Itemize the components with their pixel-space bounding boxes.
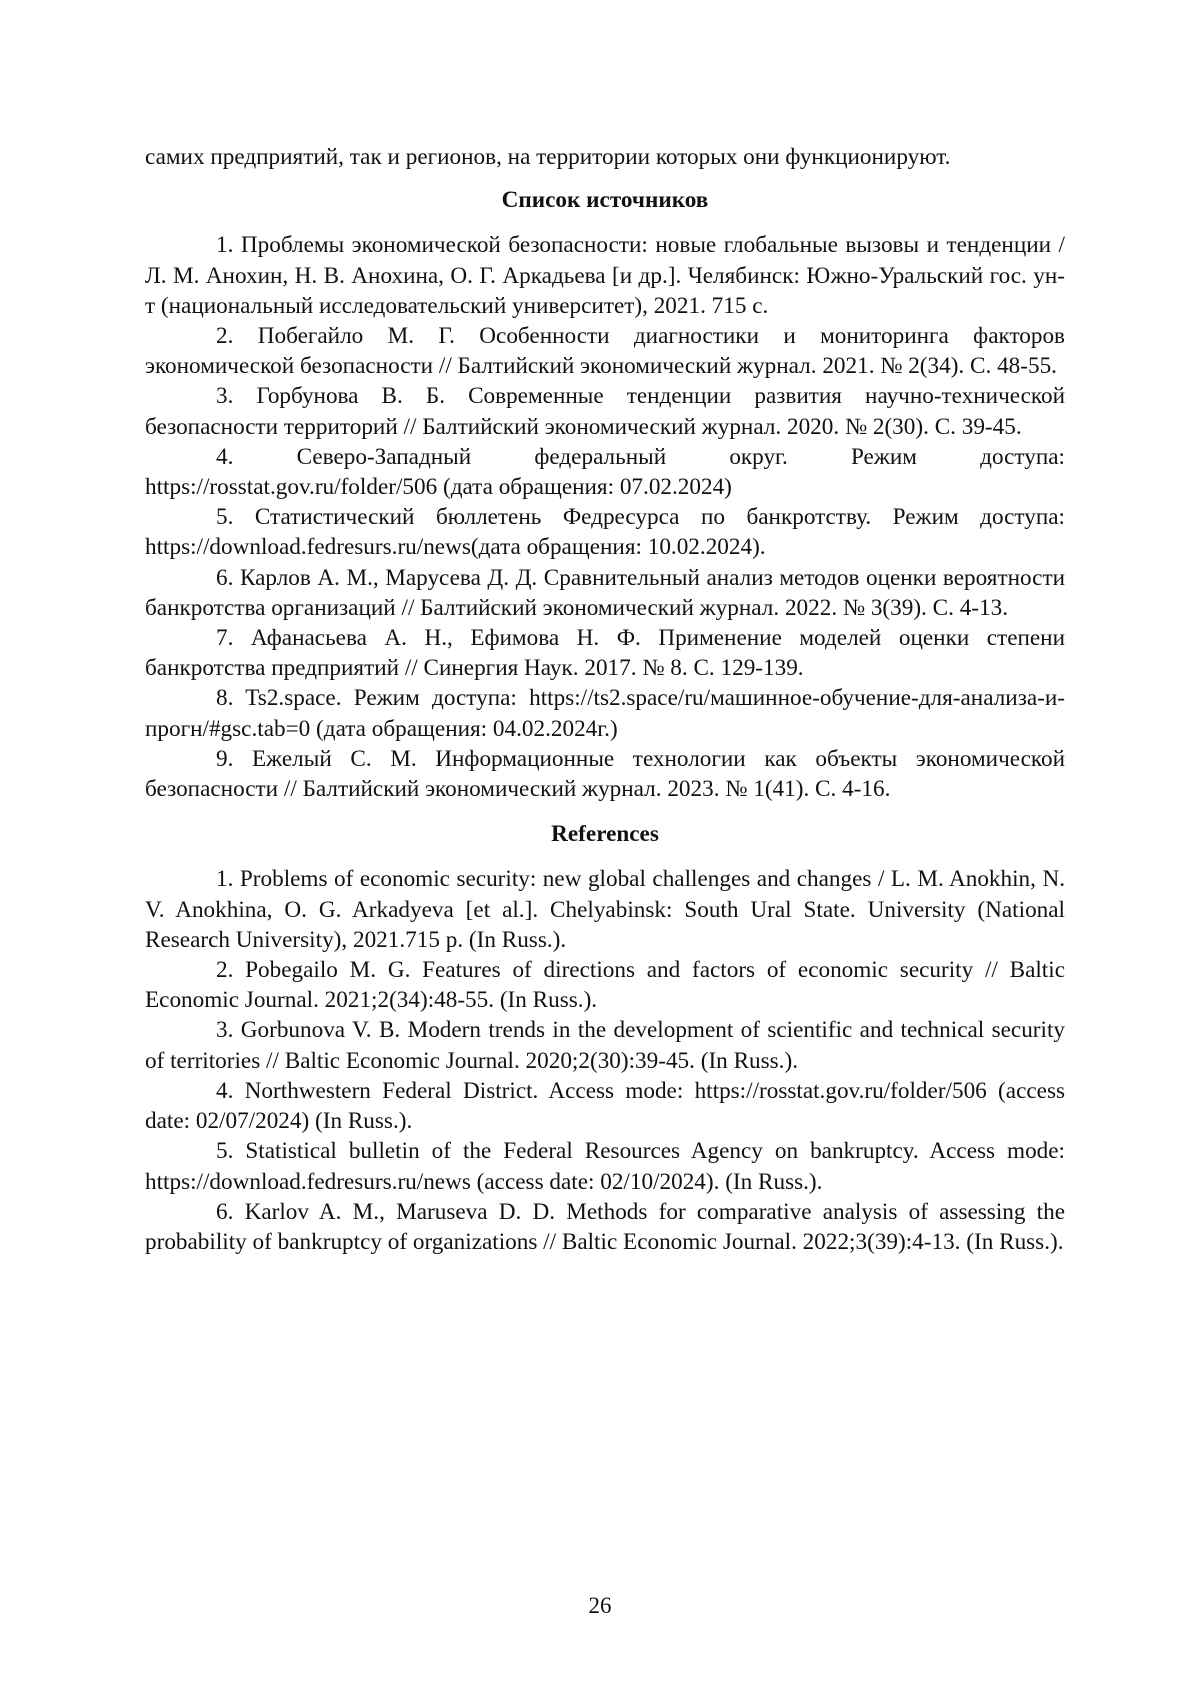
source-item: 9. Ежелый С. М. Информационные технологи… — [145, 744, 1065, 804]
document-page: самих предприятий, так и регионов, на те… — [145, 142, 1065, 1257]
references-heading: References — [145, 819, 1065, 849]
sources-heading: Список источников — [145, 185, 1065, 215]
source-item: 8. Ts2.space. Режим доступа: https://ts2… — [145, 683, 1065, 743]
reference-item: 3. Gorbunova V. B. Modern trends in the … — [145, 1015, 1065, 1075]
reference-item: 6. Karlov A. M., Maruseva D. D. Methods … — [145, 1197, 1065, 1257]
source-item: 2. Побегайло М. Г. Особенности диагности… — [145, 321, 1065, 381]
intro-paragraph: самих предприятий, так и регионов, на те… — [145, 142, 1065, 172]
source-item: 4. Северо-Западный федеральный округ. Ре… — [145, 442, 1065, 502]
source-item: 6. Карлов А. М., Марусева Д. Д. Сравните… — [145, 563, 1065, 623]
references-list: 1. Problems of economic security: new gl… — [145, 864, 1065, 1257]
source-item: 7. Афанасьева А. Н., Ефимова Н. Ф. Приме… — [145, 623, 1065, 683]
source-item: 1. Проблемы экономической безопасности: … — [145, 230, 1065, 321]
reference-item: 5. Statistical bulletin of the Federal R… — [145, 1136, 1065, 1196]
reference-item: 4. Northwestern Federal District. Access… — [145, 1076, 1065, 1136]
page-number: 26 — [0, 1593, 1200, 1619]
reference-item: 1. Problems of economic security: new gl… — [145, 864, 1065, 955]
reference-item: 2. Pobegailo M. G. Features of direction… — [145, 955, 1065, 1015]
sources-list: 1. Проблемы экономической безопасности: … — [145, 230, 1065, 804]
source-item: 5. Статистический бюллетень Федресурса п… — [145, 502, 1065, 562]
source-item: 3. Горбунова В. Б. Современные тенденции… — [145, 381, 1065, 441]
